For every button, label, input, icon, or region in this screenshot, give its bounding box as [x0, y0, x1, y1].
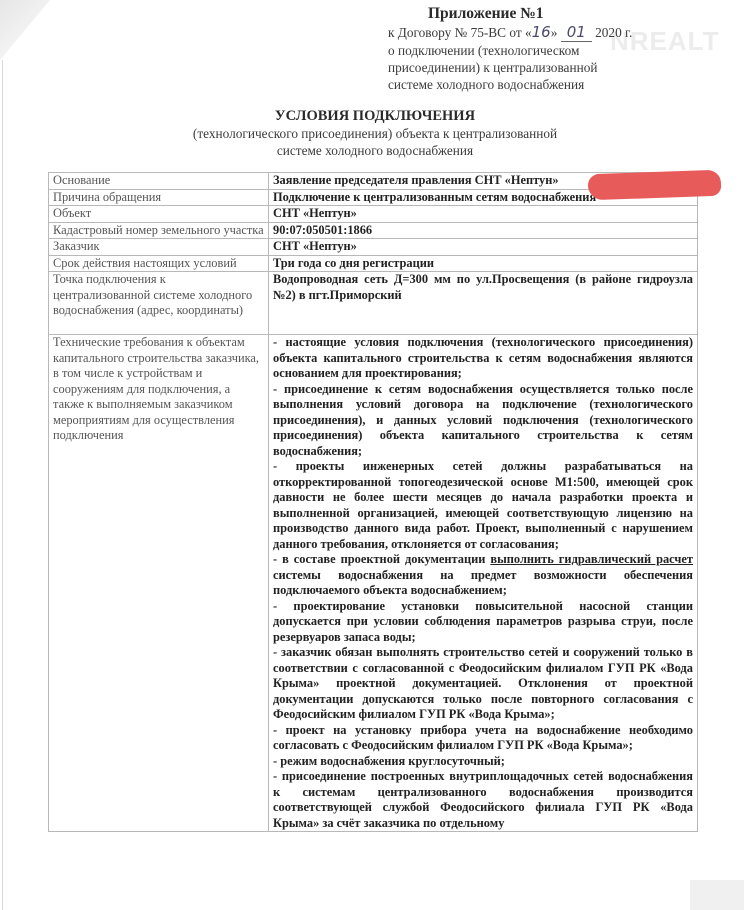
hydraulic-suffix: системы водоснабжения на предмет возможн… [273, 568, 693, 598]
hydraulic-prefix: - в составе проектной документации [273, 552, 490, 566]
appendix-header: Приложение №1 к Договору № 75-ВС от «16»… [388, 4, 728, 93]
row-value: 90:07:050501:1866 [269, 222, 698, 239]
contract-year: 2020 г. [595, 25, 632, 40]
row-key: Основание [49, 173, 269, 190]
document-subtitle-2: системе холодного водоснабжения [150, 142, 600, 159]
contract-quote: » [551, 25, 558, 40]
page-edge [2, 60, 3, 910]
row-value: Водопроводная сеть Д=300 мм по ул.Просве… [269, 272, 698, 335]
row-key: Кадастровый номер земельного участка [49, 222, 269, 239]
row-key: Заказчик [49, 239, 269, 256]
table-row: Заказчик СНТ «Нептун» [49, 239, 698, 256]
contract-line: к Договору № 75-ВС от «16» 01 2020 г. [388, 24, 728, 42]
handwritten-month: 01 [561, 24, 592, 42]
table-row: Срок действия настоящих условий Три года… [49, 255, 698, 272]
contract-prefix: к Договору № 75-ВС от « [388, 25, 532, 40]
document-subtitle-1: (технологического присоединения) объекта… [150, 125, 600, 142]
requirements-key: Технические требования к объектам капита… [49, 335, 269, 832]
requirement-item: - присоединение к сетям водоснабжения ос… [273, 382, 693, 460]
document-heading: УСЛОВИЯ ПОДКЛЮЧЕНИЯ (технологического пр… [150, 107, 600, 159]
requirement-item: - проекты инженерных сетей должны разраб… [273, 459, 693, 552]
requirement-item-hydraulic: - в составе проектной документации выпол… [273, 552, 693, 599]
appendix-line3: присоединении) к централизованной [388, 59, 728, 76]
requirement-item: - режим водоснабжения круглосуточный; [273, 754, 693, 770]
hydraulic-underlined: выполнить гидравлический расчет [490, 552, 693, 566]
appendix-title: Приложение №1 [428, 4, 728, 24]
row-key: Точка подключения к централизованной сис… [49, 272, 269, 335]
page-corner-shadow [690, 880, 744, 910]
row-key: Причина обращения [49, 189, 269, 206]
row-value: СНТ «Нептун» [269, 239, 698, 256]
row-value: Три года со дня регистрации [269, 255, 698, 272]
table-row: Объект СНТ «Нептун» [49, 206, 698, 223]
table-row: Кадастровый номер земельного участка 90:… [49, 222, 698, 239]
row-key: Срок действия настоящих условий [49, 255, 269, 272]
table-row: Точка подключения к централизованной сис… [49, 272, 698, 335]
requirement-item: - настоящие условия подключения (техноло… [273, 335, 693, 382]
handwritten-day: 16 [532, 24, 551, 41]
requirement-item: - проект на установку прибора учета на в… [273, 723, 693, 754]
appendix-line4: системе холодного водоснабжения [388, 76, 728, 93]
table-row-requirements: Технические требования к объектам капита… [49, 335, 698, 832]
redaction-mark [588, 170, 722, 201]
requirement-item: - заказчик обязан выполнять строительств… [273, 645, 693, 723]
document-title: УСЛОВИЯ ПОДКЛЮЧЕНИЯ [150, 107, 600, 125]
appendix-line2: о подключении (технологическом [388, 42, 728, 59]
row-value: СНТ «Нептун» [269, 206, 698, 223]
requirement-item: - проектирование установки повысительной… [273, 599, 693, 646]
requirements-value: - настоящие условия подключения (техноло… [269, 335, 698, 832]
conditions-table: Основание Заявление председателя правлен… [48, 172, 698, 832]
row-key: Объект [49, 206, 269, 223]
requirement-item: - присоединение построенных внутриплощад… [273, 769, 693, 831]
page-fold-corner [0, 0, 50, 60]
